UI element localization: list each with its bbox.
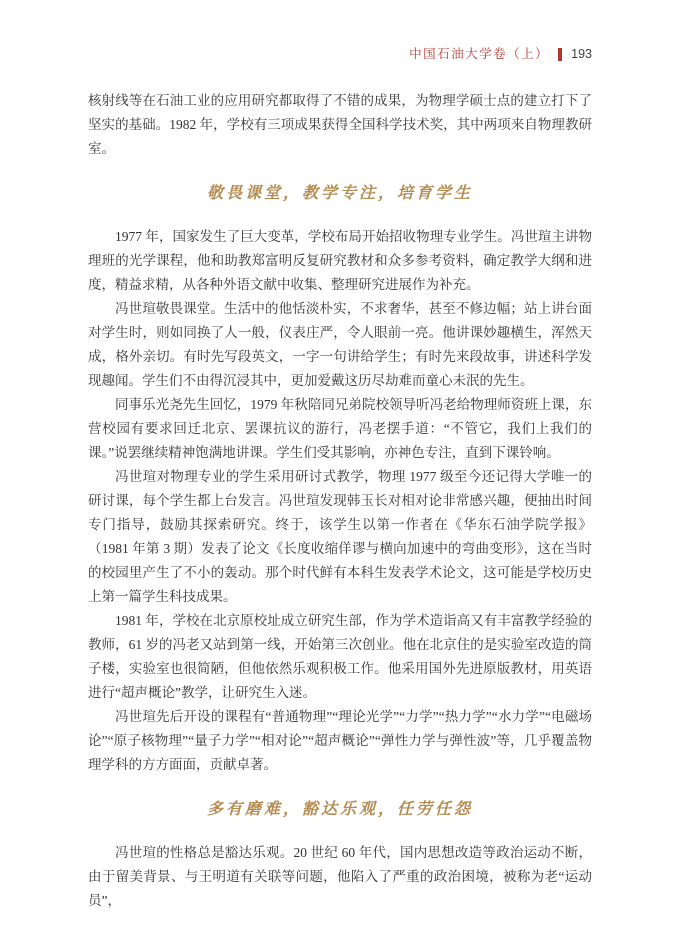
page-number: 193 xyxy=(571,46,592,62)
body-paragraph-8: 冯世瑄的性格总是豁达乐观。20 世纪 60 年代，国内思想改造等政治运动不断，由… xyxy=(88,841,592,913)
header-divider-bar xyxy=(558,48,562,61)
page-header: 中国石油大学卷（上） 193 xyxy=(409,46,592,62)
header-volume-title: 中国石油大学卷（上） xyxy=(409,46,549,62)
body-paragraph-2: 1977 年，国家发生了巨大变革，学校布局开始招收物理专业学生。冯世瑄主讲物理班… xyxy=(88,225,592,297)
body-paragraph-1: 核射线等在石油工业的应用研究都取得了不错的成果，为物理学硕士点的建立打下了坚实的… xyxy=(88,89,592,161)
body-paragraph-7: 冯世瑄先后开设的课程有“普通物理”“理论光学”“力学”“热力学”“水力学”“电磁… xyxy=(88,705,592,777)
page-content: 核射线等在石油工业的应用研究都取得了不错的成果，为物理学硕士点的建立打下了坚实的… xyxy=(88,89,592,913)
body-paragraph-6: 1981 年，学校在北京原校址成立研究生部，作为学术造诣高又有丰富教学经验的教师… xyxy=(88,609,592,705)
body-paragraph-5: 冯世瑄对物理专业的学生采用研讨式教学，物理 1977 级至今还记得大学唯一的研讨… xyxy=(88,465,592,609)
book-page: 中国石油大学卷（上） 193 核射线等在石油工业的应用研究都取得了不错的成果，为… xyxy=(0,0,680,945)
section-heading-2: 多有磨难，豁达乐观，任劳任怨 xyxy=(88,798,592,822)
body-paragraph-3: 冯世瑄敬畏课堂。生活中的他恬淡朴实，不求奢华，甚至不修边幅；站上讲台面对学生时，… xyxy=(88,297,592,393)
section-heading-1: 敬畏课堂，教学专注，培育学生 xyxy=(88,182,592,206)
body-paragraph-4: 同事乐光尧先生回忆，1979 年秋陪同兄弟院校领导听冯老给物理师资班上课，东营校… xyxy=(88,393,592,465)
